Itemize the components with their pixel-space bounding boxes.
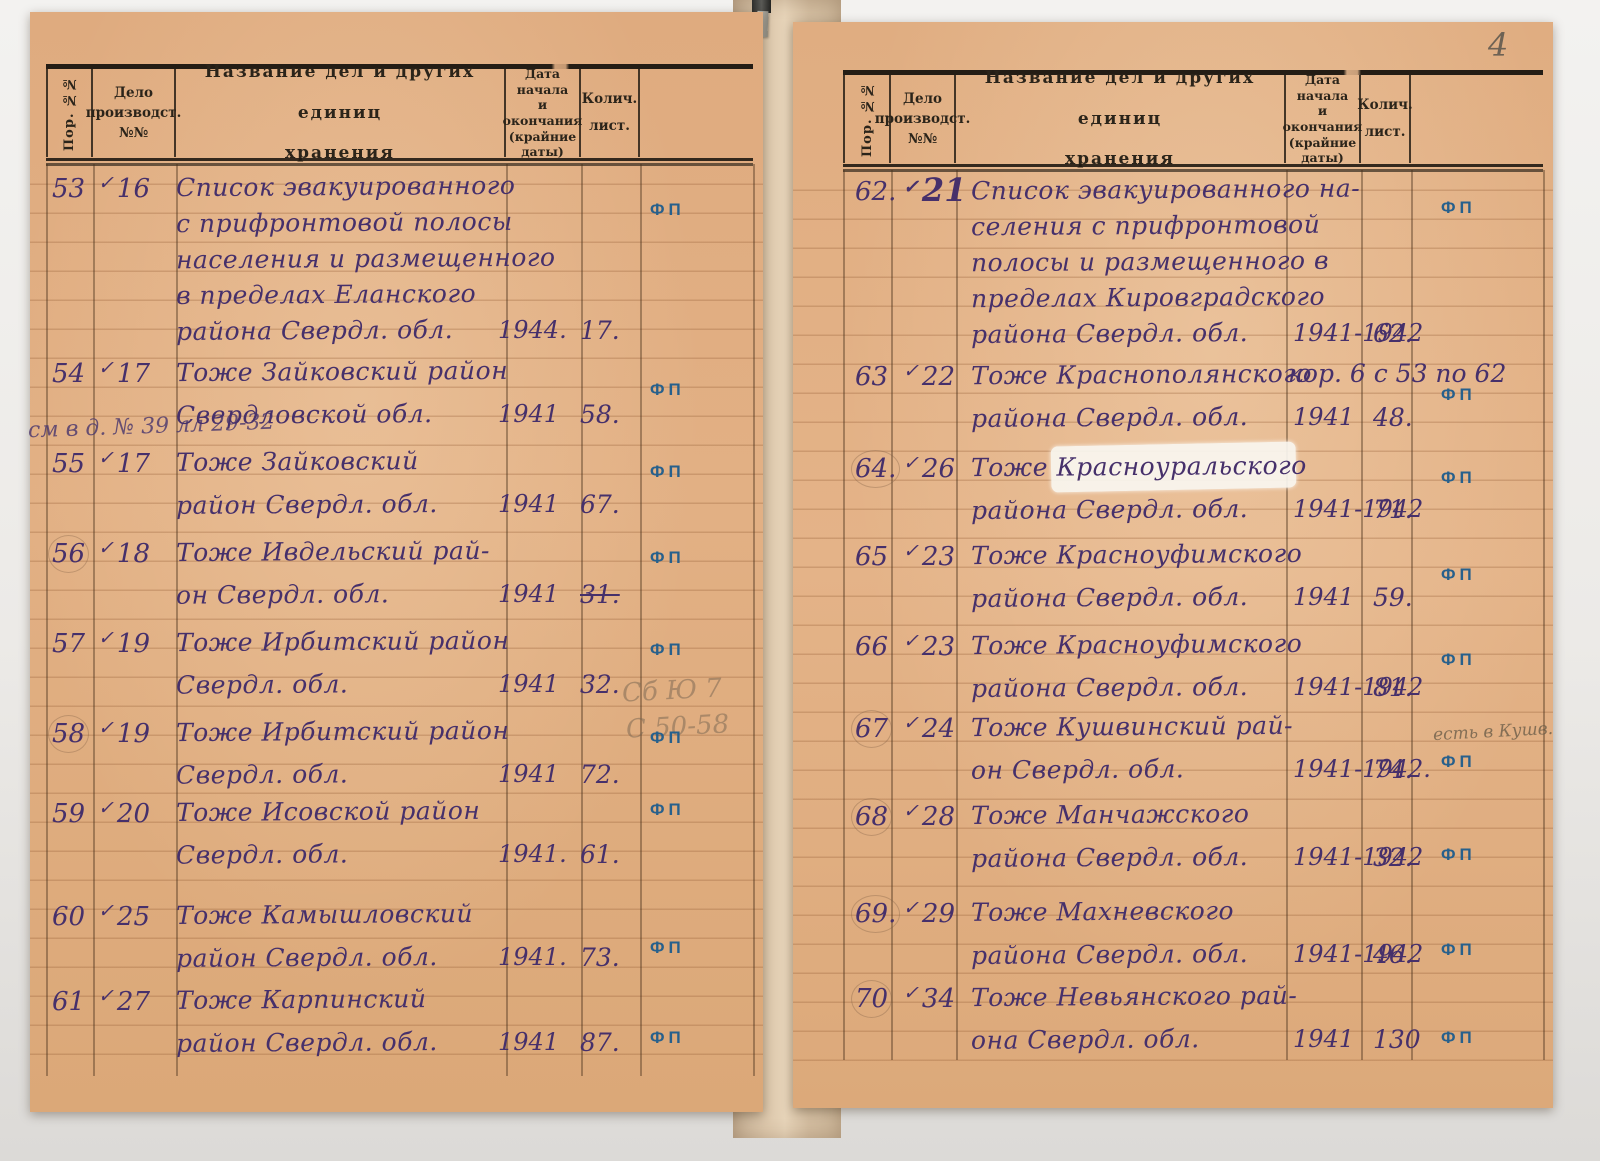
file-number: ✓19 — [98, 627, 150, 659]
check-mark: ✓ — [98, 627, 114, 649]
check-mark: ✓ — [98, 172, 114, 194]
file-number: ✓26 — [903, 452, 955, 484]
file-number: ✓29 — [903, 897, 955, 929]
check-mark: ✓ — [98, 357, 114, 379]
file-number: ✓18 — [98, 537, 150, 569]
fp-stamp: ФП — [650, 462, 685, 482]
entry-description: Тоже Красноуфимского — [971, 539, 1302, 570]
fp-stamp: ФП — [1441, 752, 1476, 772]
entry-description: Тоже Махневского — [971, 896, 1234, 927]
entry-description: с прифронтовой полосы — [176, 207, 513, 238]
header-bottom-rule2 — [46, 163, 753, 166]
entry-number: 59 — [52, 799, 85, 829]
date-cell: 1941 — [498, 580, 559, 608]
entry-number: 56 — [52, 539, 85, 569]
sheet-count: 71. — [1373, 495, 1413, 524]
fp-stamp: ФП — [1441, 385, 1476, 405]
column-line — [1543, 170, 1545, 1060]
entry-description: район Свердл. обл. — [176, 489, 438, 520]
fp-stamp: ФП — [650, 200, 685, 220]
date-cell: 1941 — [1293, 403, 1354, 431]
file-number: ✓27 — [98, 985, 150, 1017]
entry-description: Свердл. обл. — [176, 669, 349, 699]
sheet-count: 48. — [1373, 403, 1413, 432]
pencil-note: Сб Ю 7 — [621, 673, 722, 708]
entry-number: 70 — [855, 984, 888, 1014]
column-line — [640, 164, 642, 1076]
entry-number: 55 — [52, 449, 85, 479]
fp-stamp: ФП — [650, 728, 685, 748]
sheet-count: 67. — [580, 490, 620, 519]
column-line — [1411, 170, 1413, 1060]
header-bottom-rule — [843, 164, 1543, 167]
sheet-count: 62. — [1373, 319, 1413, 348]
header-bottom-rule — [46, 158, 753, 161]
column-line — [93, 164, 95, 1076]
fp-stamp: ФП — [1441, 565, 1476, 585]
entry-number: 67 — [855, 714, 888, 744]
date-cell: 1941 — [498, 400, 559, 428]
file-number: ✓17 — [98, 447, 150, 479]
entry-description: Тоже Краснополянского — [971, 359, 1312, 390]
table-header: Пор. №№ Дело производст. №№ Название дел… — [46, 69, 753, 157]
fp-stamp: ФП — [650, 548, 685, 568]
check-mark: ✓ — [98, 717, 114, 739]
date-cell: 1941 — [498, 490, 559, 518]
entry-description: Свердл. обл. — [176, 839, 349, 869]
file-number: ✓23 — [903, 630, 955, 662]
column-line — [581, 164, 583, 1076]
entry-description: полосы и размещенного в — [971, 246, 1329, 277]
header-notes — [1411, 75, 1543, 163]
date-cell: 1941. — [498, 943, 567, 971]
document-scan: Пор. №№ Дело производст. №№ Название дел… — [0, 0, 1600, 1161]
entry-description: Свердл. обл. — [176, 759, 349, 789]
check-mark: ✓ — [98, 900, 114, 922]
fp-stamp: ФП — [1441, 650, 1476, 670]
fp-stamp: ФП — [1441, 845, 1476, 865]
entry-description: района Свердл. обл. — [971, 939, 1248, 970]
file-number: ✓28 — [903, 800, 955, 832]
file-number: ✓19 — [98, 717, 150, 749]
file-number: ✓16 — [98, 172, 150, 204]
entry-description: Тоже Ирбитский район — [176, 626, 510, 657]
fp-stamp: ФП — [650, 1028, 685, 1048]
check-mark: ✓ — [903, 712, 919, 734]
fp-stamp: ФП — [650, 800, 685, 820]
sheet-count: 17. — [580, 316, 620, 345]
entry-description: района Свердл. обл. — [971, 842, 1248, 873]
entry-description: Тоже Зайковский район — [176, 356, 508, 387]
date-cell: 1941 — [498, 670, 559, 698]
entry-description: Тоже Камышловский — [176, 899, 473, 930]
sheet-count: 74. — [1373, 755, 1413, 784]
entry-description: района Свердл. обл. — [971, 402, 1248, 433]
entry-description: Тоже Кушвинский рай- — [971, 711, 1293, 742]
entry-description: Тоже Красноуральского — [971, 451, 1307, 482]
check-mark: ✓ — [903, 540, 919, 562]
fp-stamp: ФП — [1441, 198, 1476, 218]
file-number: ✓21 — [903, 171, 966, 209]
date-cell: 1941 — [498, 760, 559, 788]
fp-stamp: ФП — [1441, 1028, 1476, 1048]
entry-number: 54 — [52, 359, 85, 389]
entry-description: Свердловской обл. — [176, 399, 433, 430]
entry-description: Тоже Зайковский — [176, 446, 419, 477]
entry-description: в пределах Еланского — [176, 279, 476, 310]
check-mark: ✓ — [903, 630, 919, 652]
sheet-count: 59. — [1373, 583, 1413, 612]
check-mark: ✓ — [98, 537, 114, 559]
sheet-count: 32. — [1373, 843, 1413, 872]
header-serial-label: Пор. №№ — [860, 81, 875, 157]
entry-description: района Свердл. обл. — [971, 672, 1248, 703]
file-number: ✓17 — [98, 357, 150, 389]
column-line — [506, 164, 508, 1076]
sheet-count: 61. — [580, 840, 620, 869]
file-number: ✓20 — [98, 797, 150, 829]
entry-description: района Свердл. обл. — [971, 318, 1248, 349]
fp-stamp: ФП — [650, 640, 685, 660]
file-number: ✓24 — [903, 712, 955, 744]
header-title-line1: Название дел и других единиц — [205, 62, 475, 123]
date-cell: 1941 — [1293, 1025, 1354, 1053]
entry-description: Тоже Исовской район — [176, 796, 481, 827]
entry-description: Список эвакуированного на- — [971, 174, 1360, 206]
entry-description: Тоже Ирбитский район — [176, 716, 510, 747]
sheet-count: 130 — [1373, 1025, 1421, 1054]
entry-description: Тоже Карпинский — [176, 984, 427, 1015]
entry-description: он Свердл. обл. — [176, 579, 389, 609]
sheet-count: 73. — [580, 943, 620, 972]
column-line — [46, 164, 48, 1076]
check-mark: ✓ — [903, 360, 919, 382]
header-file-no: Дело производст. №№ — [93, 69, 176, 157]
entry-description: Тоже Ивдельский рай- — [176, 536, 490, 567]
box-range-note: кор. 6 с 53 по 62 — [1288, 359, 1506, 388]
page-number: 4 — [1488, 26, 1508, 64]
entry-description: он Свердл. обл. — [971, 754, 1184, 784]
page-right: Пор. №№ Дело производст. №№ Название дел… — [793, 22, 1553, 1108]
entry-description: района Свердл. обл. — [176, 315, 453, 346]
header-sheets: Колич. лист. — [1361, 75, 1411, 163]
check-mark: ✓ — [903, 452, 919, 474]
check-mark: ✓ — [98, 797, 114, 819]
file-number: ✓34 — [903, 982, 955, 1014]
entry-number: 61 — [52, 987, 85, 1017]
entry-number: 68 — [855, 802, 888, 832]
sheet-count: 46. — [1373, 940, 1413, 969]
file-number: ✓23 — [903, 540, 955, 572]
header-dates: Дата начала и окончания (крайние даты) — [1286, 75, 1361, 163]
entry-description: Тоже Красноуфимского — [971, 629, 1302, 660]
check-mark: ✓ — [98, 985, 114, 1007]
entry-description: район Свердл. обл. — [176, 1027, 438, 1058]
sheet-count: 72. — [580, 760, 620, 789]
header-title: Название дел и других единицхранения — [176, 69, 506, 157]
entry-number: 60 — [52, 902, 85, 932]
entry-description: района Свердл. обл. — [971, 494, 1248, 525]
entry-description: Список эвакуированного — [176, 171, 516, 202]
check-mark: ✓ — [98, 447, 114, 469]
check-mark: ✓ — [903, 176, 919, 198]
entry-description: селения с прифронтовой — [971, 210, 1320, 241]
entry-number: 69. — [855, 899, 896, 929]
date-cell: 1941 — [1293, 583, 1354, 611]
entry-description: Тоже Невьянского рай- — [971, 981, 1297, 1012]
table-header: Пор. №№ Дело производст. №№ Название дел… — [843, 75, 1543, 163]
header-title-line1: Название дел и других единиц — [985, 68, 1255, 129]
fp-stamp: ФП — [650, 380, 685, 400]
entry-number: 58 — [52, 719, 85, 749]
header-dates: Дата начала и окончания (крайние даты) — [506, 69, 581, 157]
entry-description: пределах Кировградского — [971, 282, 1325, 313]
column-line — [1361, 170, 1363, 1060]
file-number: ✓22 — [903, 360, 955, 392]
sheet-count: 32. — [580, 670, 620, 699]
entry-description: населения и размещенного — [176, 243, 556, 275]
entry-description: Тоже Манчажского — [971, 799, 1250, 830]
column-line — [956, 170, 958, 1060]
entry-number: 64. — [855, 454, 896, 484]
entry-number: 62. — [855, 177, 896, 207]
entry-number: 66 — [855, 632, 888, 662]
sheet-count: 87. — [580, 1028, 620, 1057]
file-number: ✓25 — [98, 900, 150, 932]
fp-stamp: ФП — [1441, 468, 1476, 488]
column-line — [843, 170, 845, 1060]
entry-number: 53 — [52, 174, 85, 204]
date-cell: 1944. — [498, 316, 567, 344]
fp-stamp: ФП — [650, 938, 685, 958]
check-mark: ✓ — [903, 800, 919, 822]
sheet-count: 81. — [1373, 673, 1413, 702]
column-line — [753, 164, 755, 1076]
entry-description: район Свердл. обл. — [176, 942, 438, 973]
entry-number: 57 — [52, 629, 85, 659]
date-cell: 1941 — [498, 1028, 559, 1056]
entry-description: она Свердл. обл. — [971, 1024, 1200, 1055]
header-serial-label: Пор. №№ — [62, 75, 77, 151]
date-cell: 1941. — [498, 840, 567, 868]
check-mark: ✓ — [903, 897, 919, 919]
entry-description: района Свердл. обл. — [971, 582, 1248, 613]
entry-number: 63 — [855, 362, 888, 392]
check-mark: ✓ — [903, 982, 919, 1004]
page-left: Пор. №№ Дело производст. №№ Название дел… — [30, 12, 763, 1112]
header-title: Название дел и других единицхранения — [956, 75, 1286, 163]
sheet-count: 31. — [580, 580, 620, 609]
header-file-no: Дело производст. №№ — [891, 75, 956, 163]
fp-stamp: ФП — [1441, 940, 1476, 960]
header-notes — [640, 69, 751, 157]
entry-number: 65 — [855, 542, 888, 572]
sheet-count: 58. — [580, 400, 620, 429]
header-sheets: Колич. лист. — [581, 69, 640, 157]
